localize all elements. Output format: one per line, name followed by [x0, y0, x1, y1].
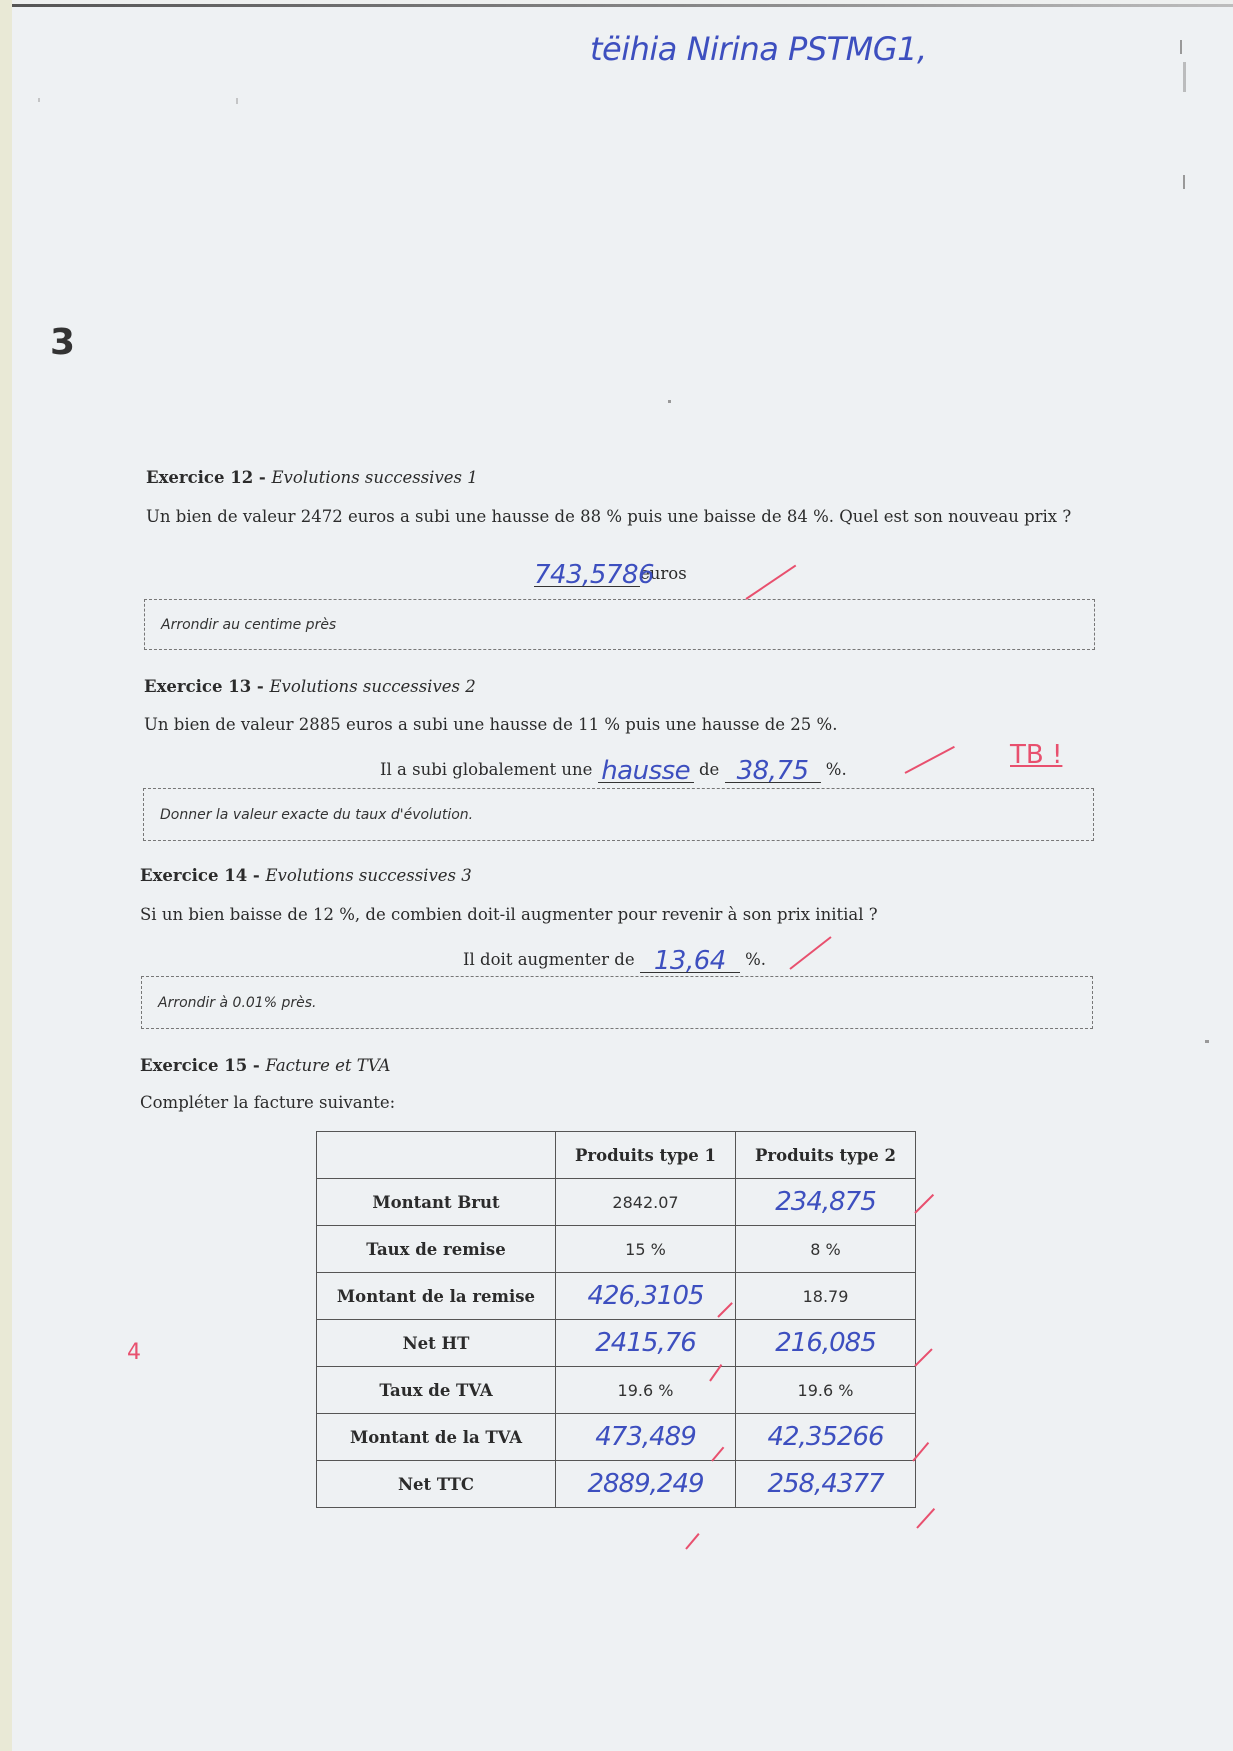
exercise-13-rate-field[interactable]: 38,75: [725, 752, 821, 783]
exercise-13-hint-box: Donner la valeur exacte du taux d'évolut…: [143, 788, 1094, 841]
invoice-row: Montant de la TVA 473,489 42,35266: [317, 1414, 916, 1461]
exercise-13-answer-prefix: Il a subi globalement une: [380, 760, 592, 779]
cell-montant-remise-type2[interactable]: 18.79: [736, 1273, 916, 1320]
page-number-handwritten: 3: [50, 322, 75, 363]
exercise-14-unit: %.: [745, 950, 766, 969]
exercise-12-answer-line: 743,5786 euros: [534, 556, 687, 587]
exercise-13-type-field[interactable]: hausse: [598, 752, 694, 783]
exercise-14-answer-line: Il doit augmenter de 13,64 %.: [463, 942, 766, 973]
cell-taux-tva-type1[interactable]: 19.6 %: [556, 1367, 736, 1414]
row-label: Taux de remise: [317, 1226, 556, 1273]
exercise-14-statement: Si un bien baisse de 12 %, de combien do…: [140, 906, 1080, 923]
scan-margin: [0, 0, 12, 1751]
student-name-handwritten: tëihia Nirina PSTMG1,: [590, 30, 927, 68]
cell-net-ht-type2[interactable]: 216,085: [736, 1320, 916, 1367]
exercise-15-subtitle: Facture et TVA: [266, 1056, 391, 1075]
row-label: Net TTC: [317, 1461, 556, 1508]
row-label: Montant de la TVA: [317, 1414, 556, 1461]
exercise-13-rate-value: 38,75: [737, 756, 809, 786]
exercise-13-type-value: hausse: [601, 756, 690, 786]
exercise-13-answer-line: Il a subi globalement une hausse de 38,7…: [380, 752, 847, 783]
exercise-12-number: Exercice 12 -: [146, 468, 272, 487]
scan-speck: [1183, 62, 1186, 92]
cell-montant-brut-type1[interactable]: 2842.07: [556, 1179, 736, 1226]
grade-mark-handwritten: 4: [127, 1340, 141, 1365]
exercise-15-title: Exercice 15 - Facture et TVA: [140, 1056, 390, 1075]
scan-speck: [668, 400, 671, 403]
scan-speck: [38, 98, 40, 102]
cell-taux-remise-type1[interactable]: 15 %: [556, 1226, 736, 1273]
exercise-13-number: Exercice 13 -: [144, 677, 270, 696]
exercise-15-statement: Compléter la facture suivante:: [140, 1094, 395, 1111]
cell-montant-brut-type2[interactable]: 234,875: [736, 1179, 916, 1226]
exercise-14-answer-value: 13,64: [654, 946, 726, 976]
exercise-14-subtitle: Evolutions successives 3: [266, 866, 472, 885]
exercise-14-answer-field[interactable]: 13,64: [640, 942, 740, 973]
teacher-comment-handwritten: TB !: [1010, 740, 1062, 770]
exercise-13-title: Exercice 13 - Evolutions successives 2: [144, 677, 476, 696]
invoice-row: Taux de TVA 19.6 % 19.6 %: [317, 1367, 916, 1414]
scan-top-edge: [12, 4, 1233, 7]
exercise-12-answer-value: 743,5786: [534, 560, 654, 590]
exercise-12-hint-box: Arrondir au centime près: [144, 599, 1095, 650]
cell-net-ttc-type1[interactable]: 2889,249: [556, 1461, 736, 1508]
row-label: Montant de la remise: [317, 1273, 556, 1320]
cell-montant-tva-type1[interactable]: 473,489: [556, 1414, 736, 1461]
scan-speck: [1183, 175, 1185, 189]
invoice-header-type1: Produits type 1: [556, 1132, 736, 1179]
invoice-row: Net HT 2415,76 216,085: [317, 1320, 916, 1367]
exercise-13-unit: %.: [826, 760, 847, 779]
exercise-13-subtitle: Evolutions successives 2: [270, 677, 476, 696]
invoice-header-empty: [317, 1132, 556, 1179]
exercise-14-answer-prefix: Il doit augmenter de: [463, 950, 635, 969]
exercise-13-statement: Un bien de valeur 2885 euros a subi une …: [144, 716, 1084, 733]
exercise-14-title: Exercice 14 - Evolutions successives 3: [140, 866, 472, 885]
row-label: Montant Brut: [317, 1179, 556, 1226]
cell-montant-tva-type2[interactable]: 42,35266: [736, 1414, 916, 1461]
exercise-12-answer-field[interactable]: 743,5786: [534, 556, 640, 587]
exercise-13-answer-middle: de: [699, 760, 719, 779]
cell-montant-remise-type1[interactable]: 426,3105: [556, 1273, 736, 1320]
exercise-15-number: Exercice 15 -: [140, 1056, 266, 1075]
cell-net-ht-type1[interactable]: 2415,76: [556, 1320, 736, 1367]
invoice-header-row: Produits type 1 Produits type 2: [317, 1132, 916, 1179]
invoice-row: Montant Brut 2842.07 234,875: [317, 1179, 916, 1226]
row-label: Net HT: [317, 1320, 556, 1367]
exercise-14-number: Exercice 14 -: [140, 866, 266, 885]
scan-speck: [1180, 40, 1182, 54]
invoice-header-type2: Produits type 2: [736, 1132, 916, 1179]
exercise-12-statement: Un bien de valeur 2472 euros a subi une …: [146, 508, 1086, 525]
exercise-12-subtitle: Evolutions successives 1: [272, 468, 478, 487]
row-label: Taux de TVA: [317, 1367, 556, 1414]
scan-speck: [1205, 1040, 1209, 1043]
cell-taux-tva-type2[interactable]: 19.6 %: [736, 1367, 916, 1414]
invoice-row: Montant de la remise 426,3105 18.79: [317, 1273, 916, 1320]
exercise-14-hint-box: Arrondir à 0.01% près.: [141, 976, 1093, 1029]
cell-net-ttc-type2[interactable]: 258,4377: [736, 1461, 916, 1508]
scan-speck: [236, 98, 238, 104]
cell-taux-remise-type2[interactable]: 8 %: [736, 1226, 916, 1273]
invoice-row: Taux de remise 15 % 8 %: [317, 1226, 916, 1273]
exercise-12-title: Exercice 12 - Evolutions successives 1: [146, 468, 478, 487]
invoice-table: Produits type 1 Produits type 2 Montant …: [316, 1131, 916, 1508]
invoice-row: Net TTC 2889,249 258,4377: [317, 1461, 916, 1508]
